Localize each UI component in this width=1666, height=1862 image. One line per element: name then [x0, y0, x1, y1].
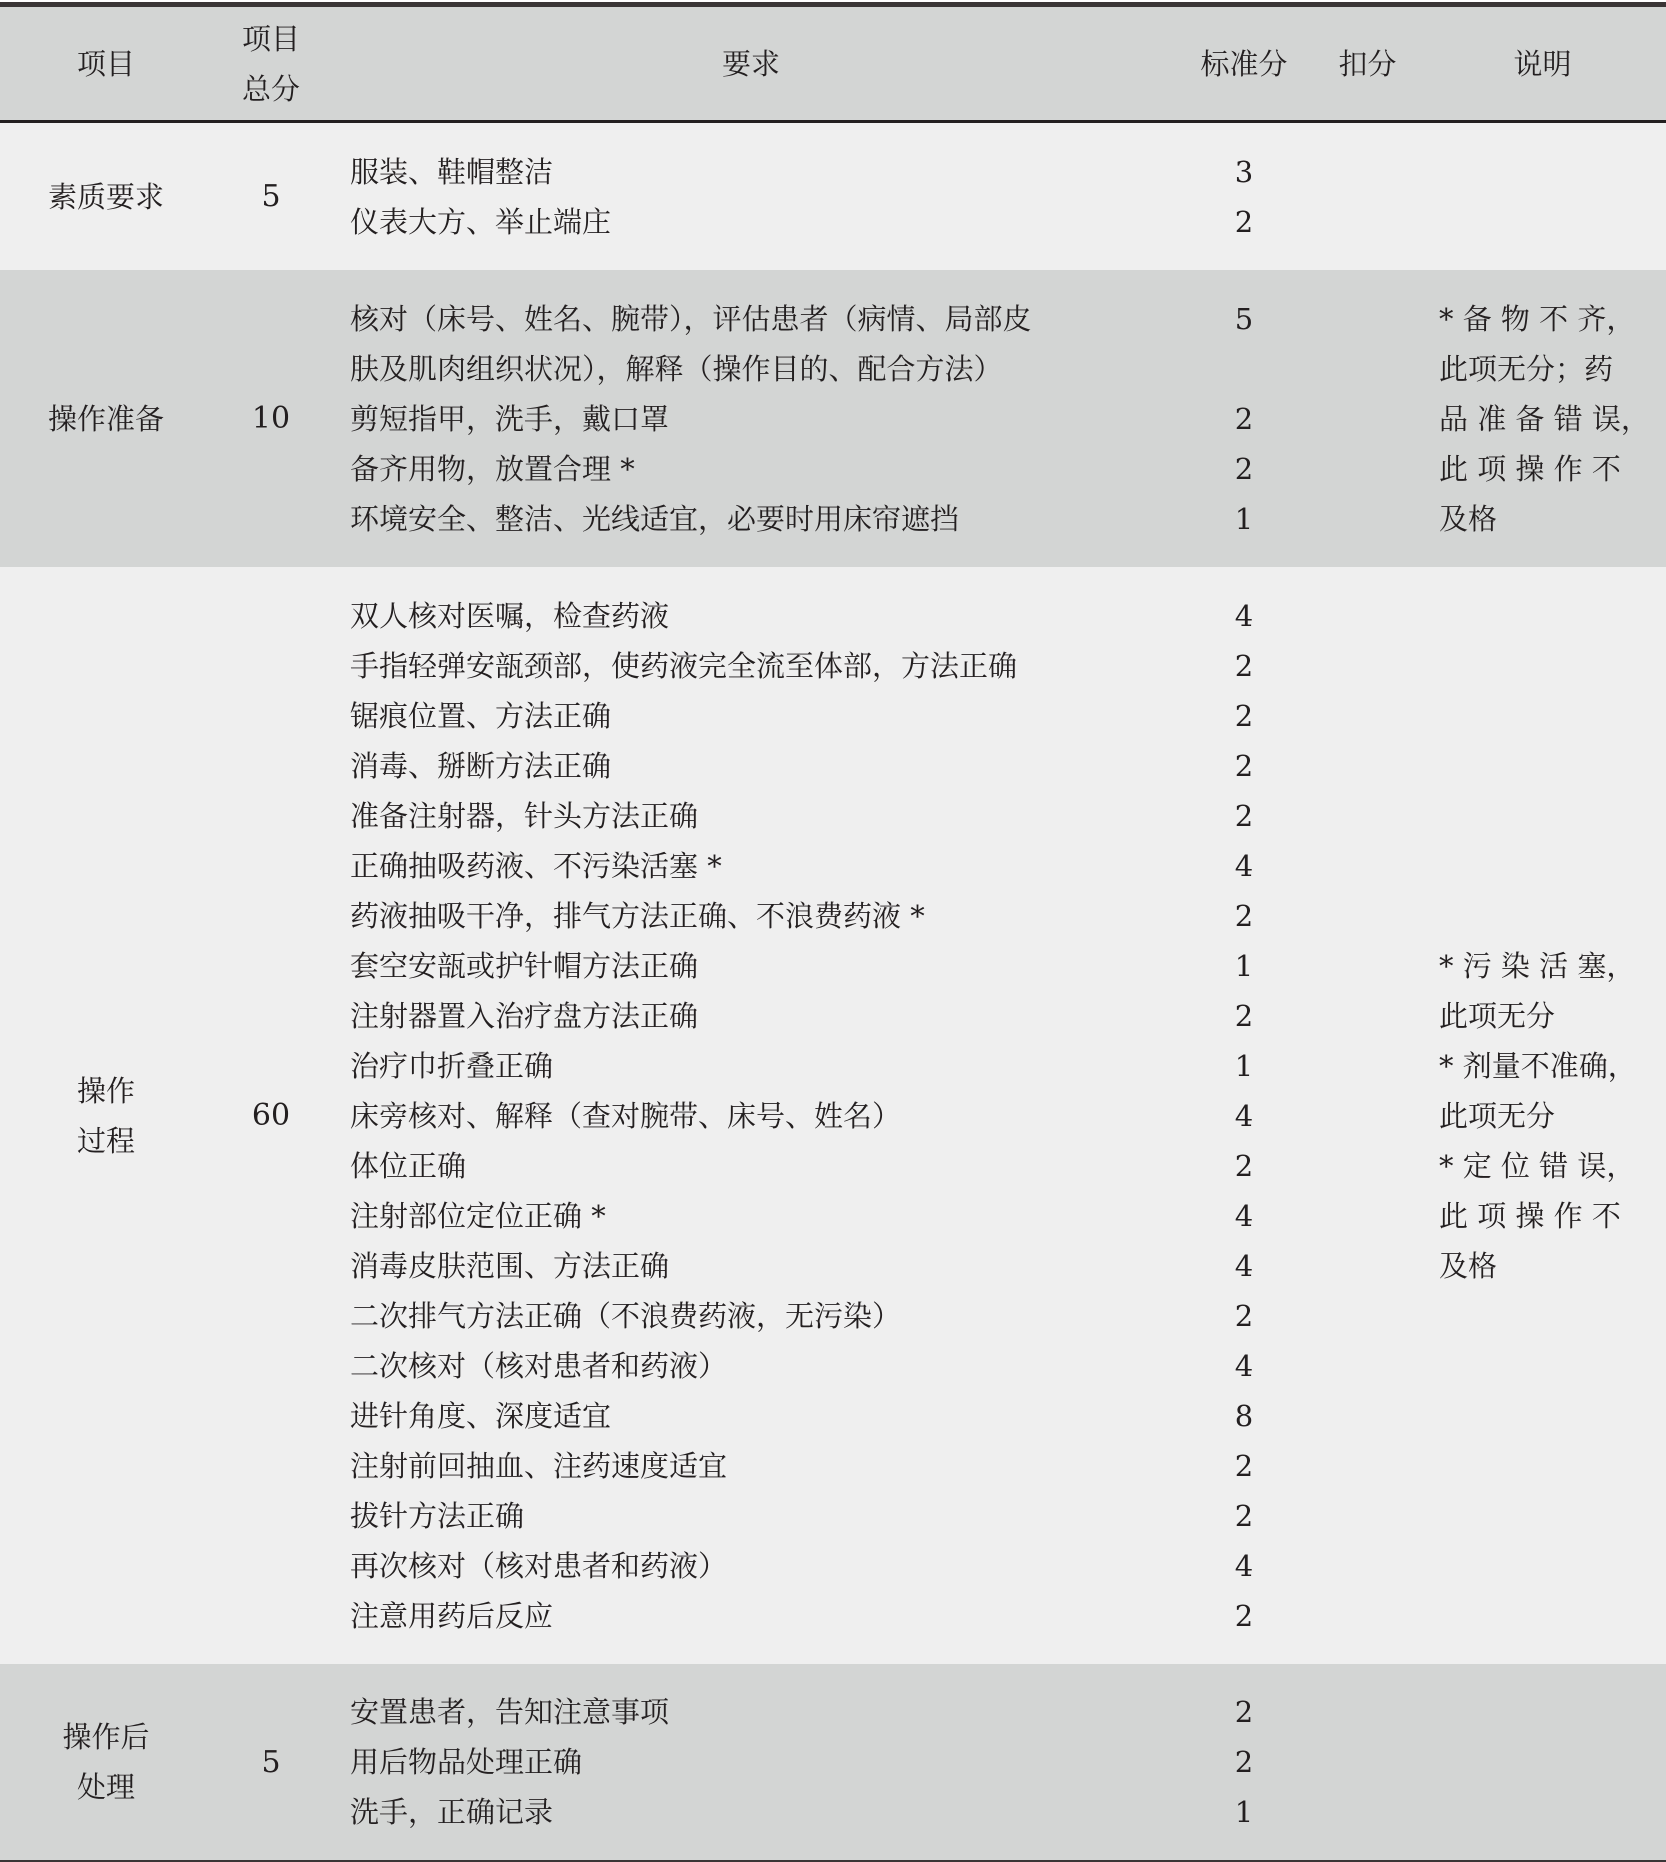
- standard-score-value: 2: [1172, 1141, 1316, 1191]
- section-name: 素质要求: [0, 123, 212, 270]
- section-total-value: 60: [252, 1098, 290, 1133]
- header-total: 项目 总分: [212, 7, 330, 120]
- standard-score-value: 4: [1172, 841, 1316, 891]
- requirement-text: 肤及肌肉组织状况），解释（操作目的、配合方法）: [350, 344, 1003, 394]
- note-line: 此 项 操 作 不: [1439, 1191, 1651, 1241]
- standard-score-value: 2: [1172, 891, 1316, 941]
- section-total-score: 10: [212, 270, 330, 567]
- section-total-value: 5: [261, 179, 280, 214]
- standard-score-value: [1172, 344, 1316, 394]
- header-note-label: 说明: [1513, 39, 1571, 89]
- requirement-text: 消毒皮肤范围、方法正确: [350, 1241, 669, 1291]
- section-name-line1: 操作: [77, 1066, 135, 1116]
- requirement-text: 消毒、掰断方法正确: [350, 741, 611, 791]
- header-requirement-label: 要求: [722, 39, 780, 89]
- standard-score-value: 4: [1172, 1241, 1316, 1291]
- standard-score-value: 2: [1172, 741, 1316, 791]
- standard-score-value: 5: [1172, 294, 1316, 344]
- requirement-text: 床旁核对、解释（查对腕带、床号、姓名）: [350, 1091, 901, 1141]
- requirement-text: 核对（床号、姓名、腕带），评估患者（病情、局部皮: [350, 294, 1032, 344]
- header-standard-score-label: 标准分: [1200, 39, 1287, 89]
- section-procedure: 操作过程60双人核对医嘱，检查药液4手指轻弹安瓿颈部，使药液完全流至体部，方法正…: [0, 567, 1666, 1664]
- requirement-text: 拔针方法正确: [350, 1491, 524, 1541]
- note-line: 此 项 操 作 不: [1439, 444, 1651, 494]
- standard-score-value: 2: [1172, 691, 1316, 741]
- section-preparation: 操作准备10核对（床号、姓名、腕带），评估患者（病情、局部皮5肤及肌肉组织状况）…: [0, 270, 1666, 567]
- requirement-text: 备齐用物，放置合理 *: [350, 444, 635, 494]
- standard-score-value: 2: [1172, 1491, 1316, 1541]
- note-line: * 定 位 错 误，: [1439, 1141, 1651, 1191]
- requirement-text: 治疗巾折叠正确: [350, 1041, 553, 1091]
- section-note: * 备 物 不 齐，此项无分；药品 准 备 错 误，此 项 操 作 不及格: [1439, 294, 1651, 544]
- section-name-line1: 操作准备: [48, 394, 164, 444]
- standard-score-value: 1: [1172, 494, 1316, 544]
- section-name: 操作准备: [0, 270, 212, 567]
- standard-score-value: 2: [1172, 444, 1316, 494]
- requirement-text: 环境安全、整洁、光线适宜，必要时用床帘遮挡: [350, 494, 959, 544]
- section-name-line2: 处理: [77, 1762, 135, 1812]
- standard-score-value: 2: [1172, 1441, 1316, 1491]
- requirement-text: 注射器置入治疗盘方法正确: [350, 991, 698, 1041]
- standard-score-value: 1: [1172, 1041, 1316, 1091]
- note-line: 及格: [1439, 1241, 1651, 1291]
- note-line: 此项无分: [1439, 991, 1651, 1041]
- section-aftercare: 操作后处理5安置患者，告知注意事项2用后物品处理正确2洗手，正确记录1: [0, 1664, 1666, 1860]
- section-name: 操作后处理: [0, 1664, 212, 1860]
- table-header: 项目 项目 总分 要求 标准分 扣分 说明: [0, 7, 1666, 123]
- note-line: * 污 染 活 塞，: [1439, 941, 1651, 991]
- requirement-text: 双人核对医嘱，检查药液: [350, 591, 669, 641]
- scoring-table: 项目 项目 总分 要求 标准分 扣分 说明 素质要求5服装、鞋帽整洁3仪表大方、…: [0, 2, 1666, 1862]
- section-name: 操作过程: [0, 567, 212, 1664]
- standard-score-value: 3: [1172, 147, 1316, 197]
- section-quality: 素质要求5服装、鞋帽整洁3仪表大方、举止端庄2: [0, 123, 1666, 270]
- header-requirement: 要求: [330, 7, 1172, 120]
- standard-score-value: 2: [1172, 1737, 1316, 1787]
- standard-score-value: 4: [1172, 1541, 1316, 1591]
- header-item: 项目: [0, 7, 212, 120]
- standard-score-value: 4: [1172, 1191, 1316, 1241]
- standard-score-value: 2: [1172, 394, 1316, 444]
- standard-score-value: 2: [1172, 1291, 1316, 1341]
- requirement-text: 剪短指甲，洗手，戴口罩: [350, 394, 669, 444]
- header-item-label: 项目: [77, 39, 135, 89]
- requirement-text: 注射部位定位正确 *: [350, 1191, 606, 1241]
- requirement-text: 套空安瓿或护针帽方法正确: [350, 941, 698, 991]
- standard-score-value: 2: [1172, 1591, 1316, 1641]
- note-line: * 剂量不准确，: [1439, 1041, 1651, 1091]
- section-name-line2: 过程: [77, 1116, 135, 1166]
- requirement-text: 锯痕位置、方法正确: [350, 691, 611, 741]
- note-line: 此项无分: [1439, 1091, 1651, 1141]
- note-line: 品 准 备 错 误，: [1439, 394, 1651, 444]
- requirement-text: 正确抽吸药液、不污染活塞 *: [350, 841, 722, 891]
- requirement-text: 洗手，正确记录: [350, 1787, 553, 1837]
- header-total-line1: 项目: [242, 14, 300, 64]
- header-standard-score: 标准分: [1172, 7, 1316, 120]
- table-body: 素质要求5服装、鞋帽整洁3仪表大方、举止端庄2操作准备10核对（床号、姓名、腕带…: [0, 123, 1666, 1860]
- standard-score-value: 4: [1172, 591, 1316, 641]
- standard-score-value: 1: [1172, 1787, 1316, 1837]
- requirement-text: 二次核对（核对患者和药液）: [350, 1341, 727, 1391]
- standard-score-value: 2: [1172, 1687, 1316, 1737]
- section-total-score: 60: [212, 567, 330, 1664]
- requirement-text: 用后物品处理正确: [350, 1737, 582, 1787]
- standard-score-value: 4: [1172, 1091, 1316, 1141]
- note-line: 及格: [1439, 494, 1651, 544]
- header-deduction: 扣分: [1316, 7, 1419, 120]
- note-line: * 备 物 不 齐，: [1439, 294, 1651, 344]
- section-total-value: 5: [261, 1745, 280, 1780]
- section-total-score: 5: [212, 1664, 330, 1860]
- header-total-line2: 总分: [242, 64, 300, 114]
- requirement-text: 服装、鞋帽整洁: [350, 147, 553, 197]
- standard-score-value: 2: [1172, 791, 1316, 841]
- requirement-text: 注射前回抽血、注药速度适宜: [350, 1441, 727, 1491]
- note-line: 此项无分；药: [1439, 344, 1651, 394]
- section-name-line1: 素质要求: [48, 172, 164, 222]
- requirement-text: 二次排气方法正确（不浪费药液，无污染）: [350, 1291, 901, 1341]
- standard-score-value: 2: [1172, 197, 1316, 247]
- requirement-text: 准备注射器，针头方法正确: [350, 791, 698, 841]
- standard-score-value: 2: [1172, 641, 1316, 691]
- requirement-text: 手指轻弹安瓿颈部，使药液完全流至体部，方法正确: [350, 641, 1017, 691]
- section-name-line1: 操作后: [62, 1712, 149, 1762]
- requirement-text: 仪表大方、举止端庄: [350, 197, 611, 247]
- requirement-text: 进针角度、深度适宜: [350, 1391, 611, 1441]
- header-deduction-label: 扣分: [1338, 39, 1396, 89]
- requirement-text: 体位正确: [350, 1141, 466, 1191]
- section-total-value: 10: [252, 401, 290, 436]
- requirement-text: 安置患者，告知注意事项: [350, 1687, 669, 1737]
- requirement-text: 注意用药后反应: [350, 1591, 553, 1641]
- requirement-text: 再次核对（核对患者和药液）: [350, 1541, 727, 1591]
- section-note: * 污 染 活 塞，此项无分* 剂量不准确，此项无分* 定 位 错 误，此 项 …: [1439, 941, 1651, 1291]
- standard-score-value: 4: [1172, 1341, 1316, 1391]
- header-note: 说明: [1419, 7, 1666, 120]
- requirement-text: 药液抽吸干净，排气方法正确、不浪费药液 *: [350, 891, 925, 941]
- section-total-score: 5: [212, 123, 330, 270]
- standard-score-value: 8: [1172, 1391, 1316, 1441]
- standard-score-value: 2: [1172, 991, 1316, 1041]
- standard-score-value: 1: [1172, 941, 1316, 991]
